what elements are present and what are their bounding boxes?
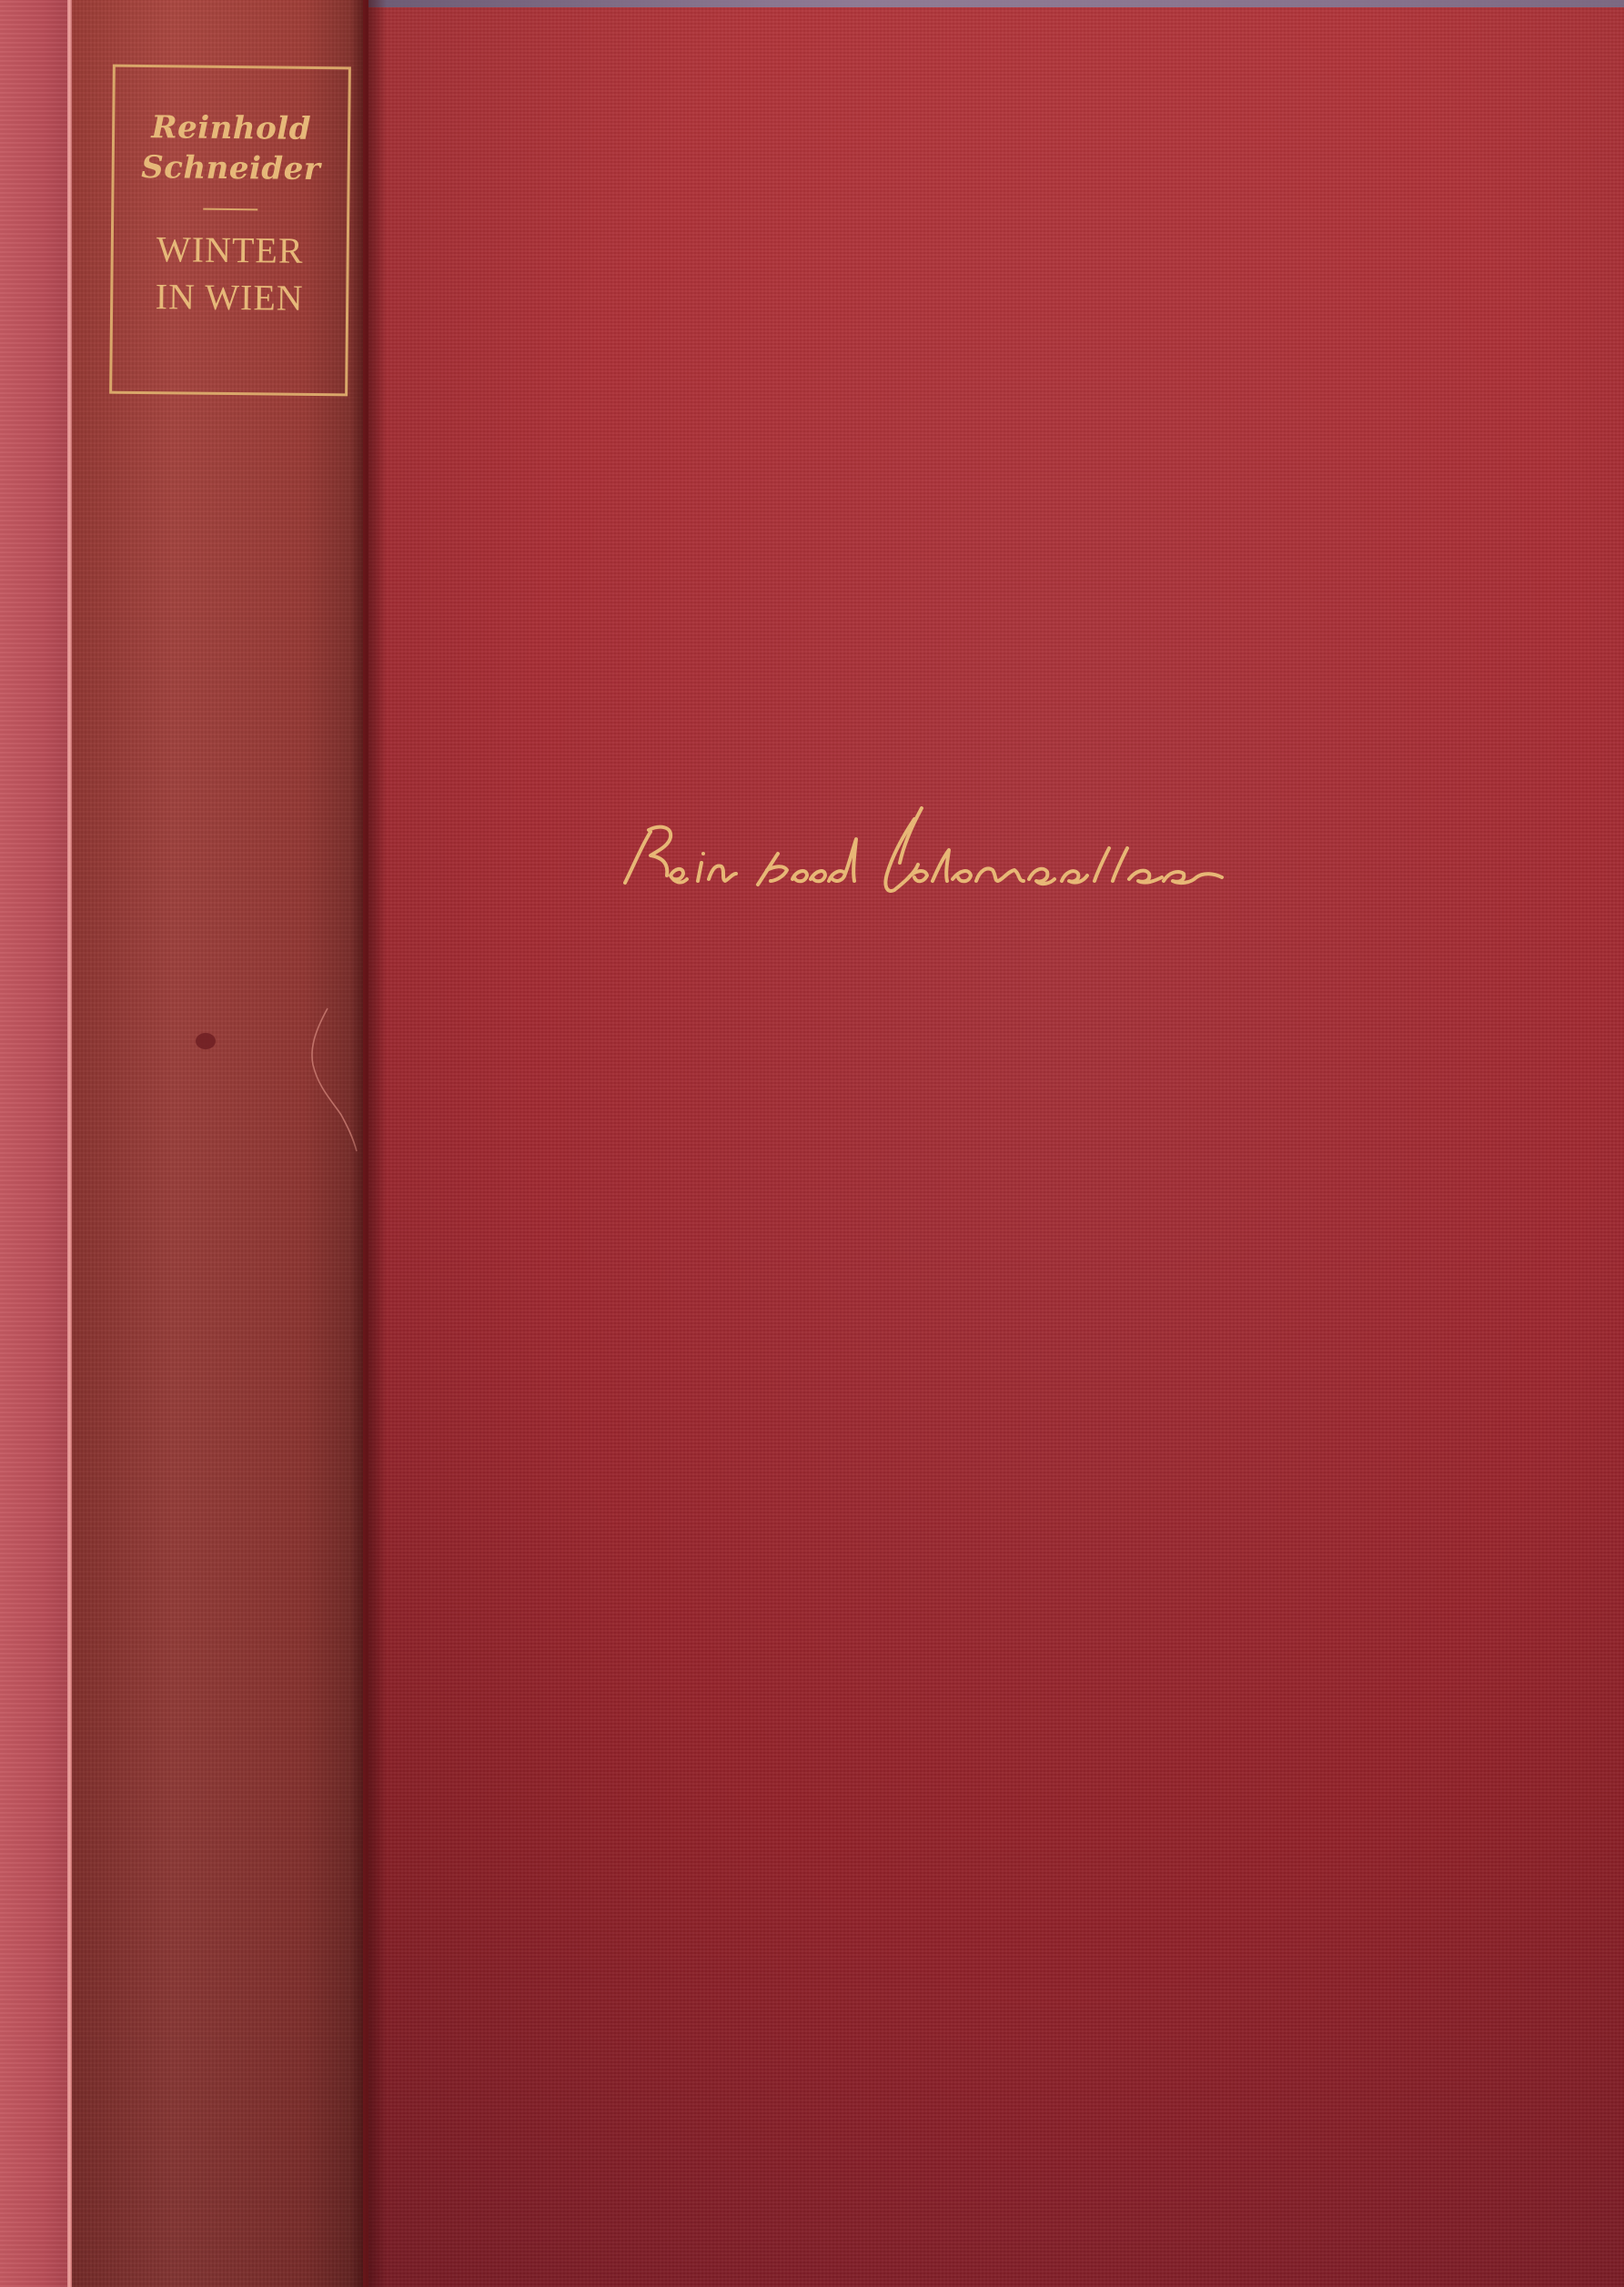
spine-title-line2: IN WIEN bbox=[113, 273, 347, 323]
signature-script-icon bbox=[614, 792, 1387, 919]
spine-title-line1: WINTER bbox=[114, 226, 348, 276]
gutter-shadow bbox=[350, 0, 387, 2287]
spine-label: Reinhold Schneider WINTER IN WIEN bbox=[109, 65, 351, 397]
spine-author-last: Schneider bbox=[114, 147, 347, 190]
gold-signature: Reinhold Schneider bbox=[614, 792, 1387, 919]
spine-author: Reinhold Schneider bbox=[114, 107, 348, 190]
spine-title: WINTER IN WIEN bbox=[113, 226, 347, 323]
neighboring-book bbox=[0, 0, 73, 2287]
cover-shading bbox=[368, 0, 1624, 2287]
spine-divider bbox=[203, 208, 257, 211]
spine-author-first: Reinhold bbox=[115, 107, 348, 150]
book-photo: Reinhold Schneider WINTER IN WIEN Reinho… bbox=[0, 0, 1624, 2287]
front-cover: Reinhold Schneider bbox=[368, 0, 1624, 2287]
spine-stain bbox=[196, 1033, 216, 1049]
